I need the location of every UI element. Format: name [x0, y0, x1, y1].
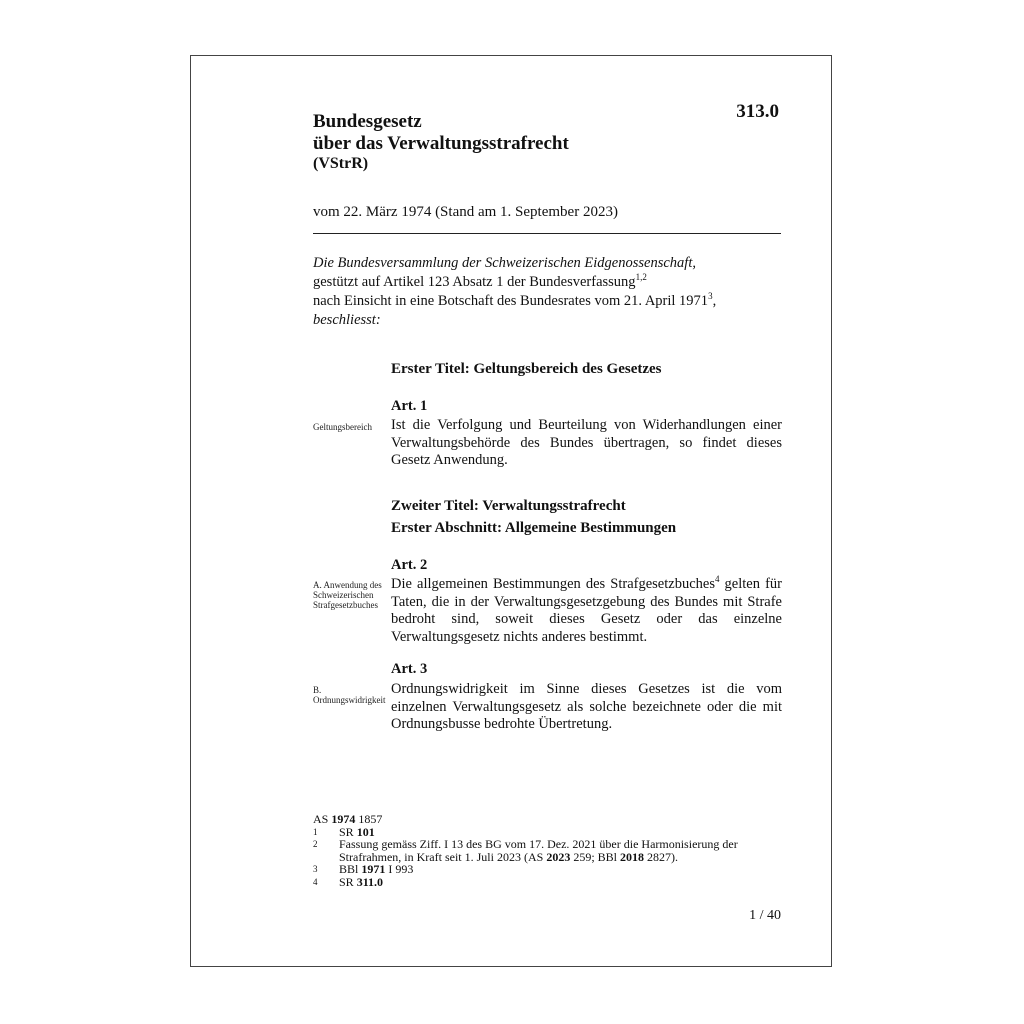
date-line: vom 22. März 1974 (Stand am 1. September… [313, 204, 618, 221]
preamble-line-1: Die Bundesversammlung der Schweizerische… [313, 254, 716, 273]
abbreviation: (VStrR) [313, 155, 368, 173]
footnote-ref[interactable]: 1,2 [636, 272, 647, 282]
section-1-heading: Erster Abschnitt: Allgemeine Bestimmunge… [391, 520, 676, 537]
document-page: 313.0 Bundesgesetz über das Verwaltungss… [190, 55, 832, 967]
footnote-3: 3 BBl 1971 I 993 [313, 863, 783, 876]
art-1-label: Art. 1 [391, 398, 427, 415]
art-2-margin-note: A. Anwendung des Schweizerischen Strafge… [313, 580, 385, 610]
preamble-line-3: nach Einsicht in eine Botschaft des Bund… [313, 292, 716, 311]
footnotes: AS 1974 1857 1 SR 101 2 Fassung gemäss Z… [313, 813, 783, 888]
preamble: Die Bundesversammlung der Schweizerische… [313, 254, 716, 330]
title-2-heading: Zweiter Titel: Verwaltungsstrafrecht [391, 498, 626, 515]
art-1-margin-note: Geltungsbereich [313, 422, 385, 432]
title-1-heading: Erster Titel: Geltungsbereich des Gesetz… [391, 361, 662, 378]
footnote-2: 2 Fassung gemäss Ziff. I 13 des BG vom 1… [313, 838, 783, 863]
art-2-label: Art. 2 [391, 557, 427, 574]
page-number: 1 / 40 [749, 908, 781, 924]
preamble-line-2: gestützt auf Artikel 123 Absatz 1 der Bu… [313, 273, 716, 292]
sr-number: 313.0 [736, 101, 779, 123]
art-3-text: Ordnungswidrigkeit im Sinne dieses Geset… [391, 681, 782, 734]
art-2-text: Die allgemeinen Bestimmungen des Strafge… [391, 576, 782, 646]
document-title: Bundesgesetz über das Verwaltungsstrafre… [313, 111, 569, 155]
title-line-1: Bundesgesetz [313, 111, 569, 133]
as-reference: AS 1974 1857 [313, 813, 783, 826]
divider [313, 233, 781, 234]
art-3-label: Art. 3 [391, 661, 427, 678]
preamble-line-4: beschliesst: [313, 311, 716, 330]
title-line-2: über das Verwaltungsstrafrecht [313, 133, 569, 155]
art-3-margin-note: B. Ordnungswidrigkeit [313, 685, 385, 705]
art-1-text: Ist die Verfolgung und Beurteilung von W… [391, 417, 782, 470]
footnote-4: 4 SR 311.0 [313, 876, 783, 889]
